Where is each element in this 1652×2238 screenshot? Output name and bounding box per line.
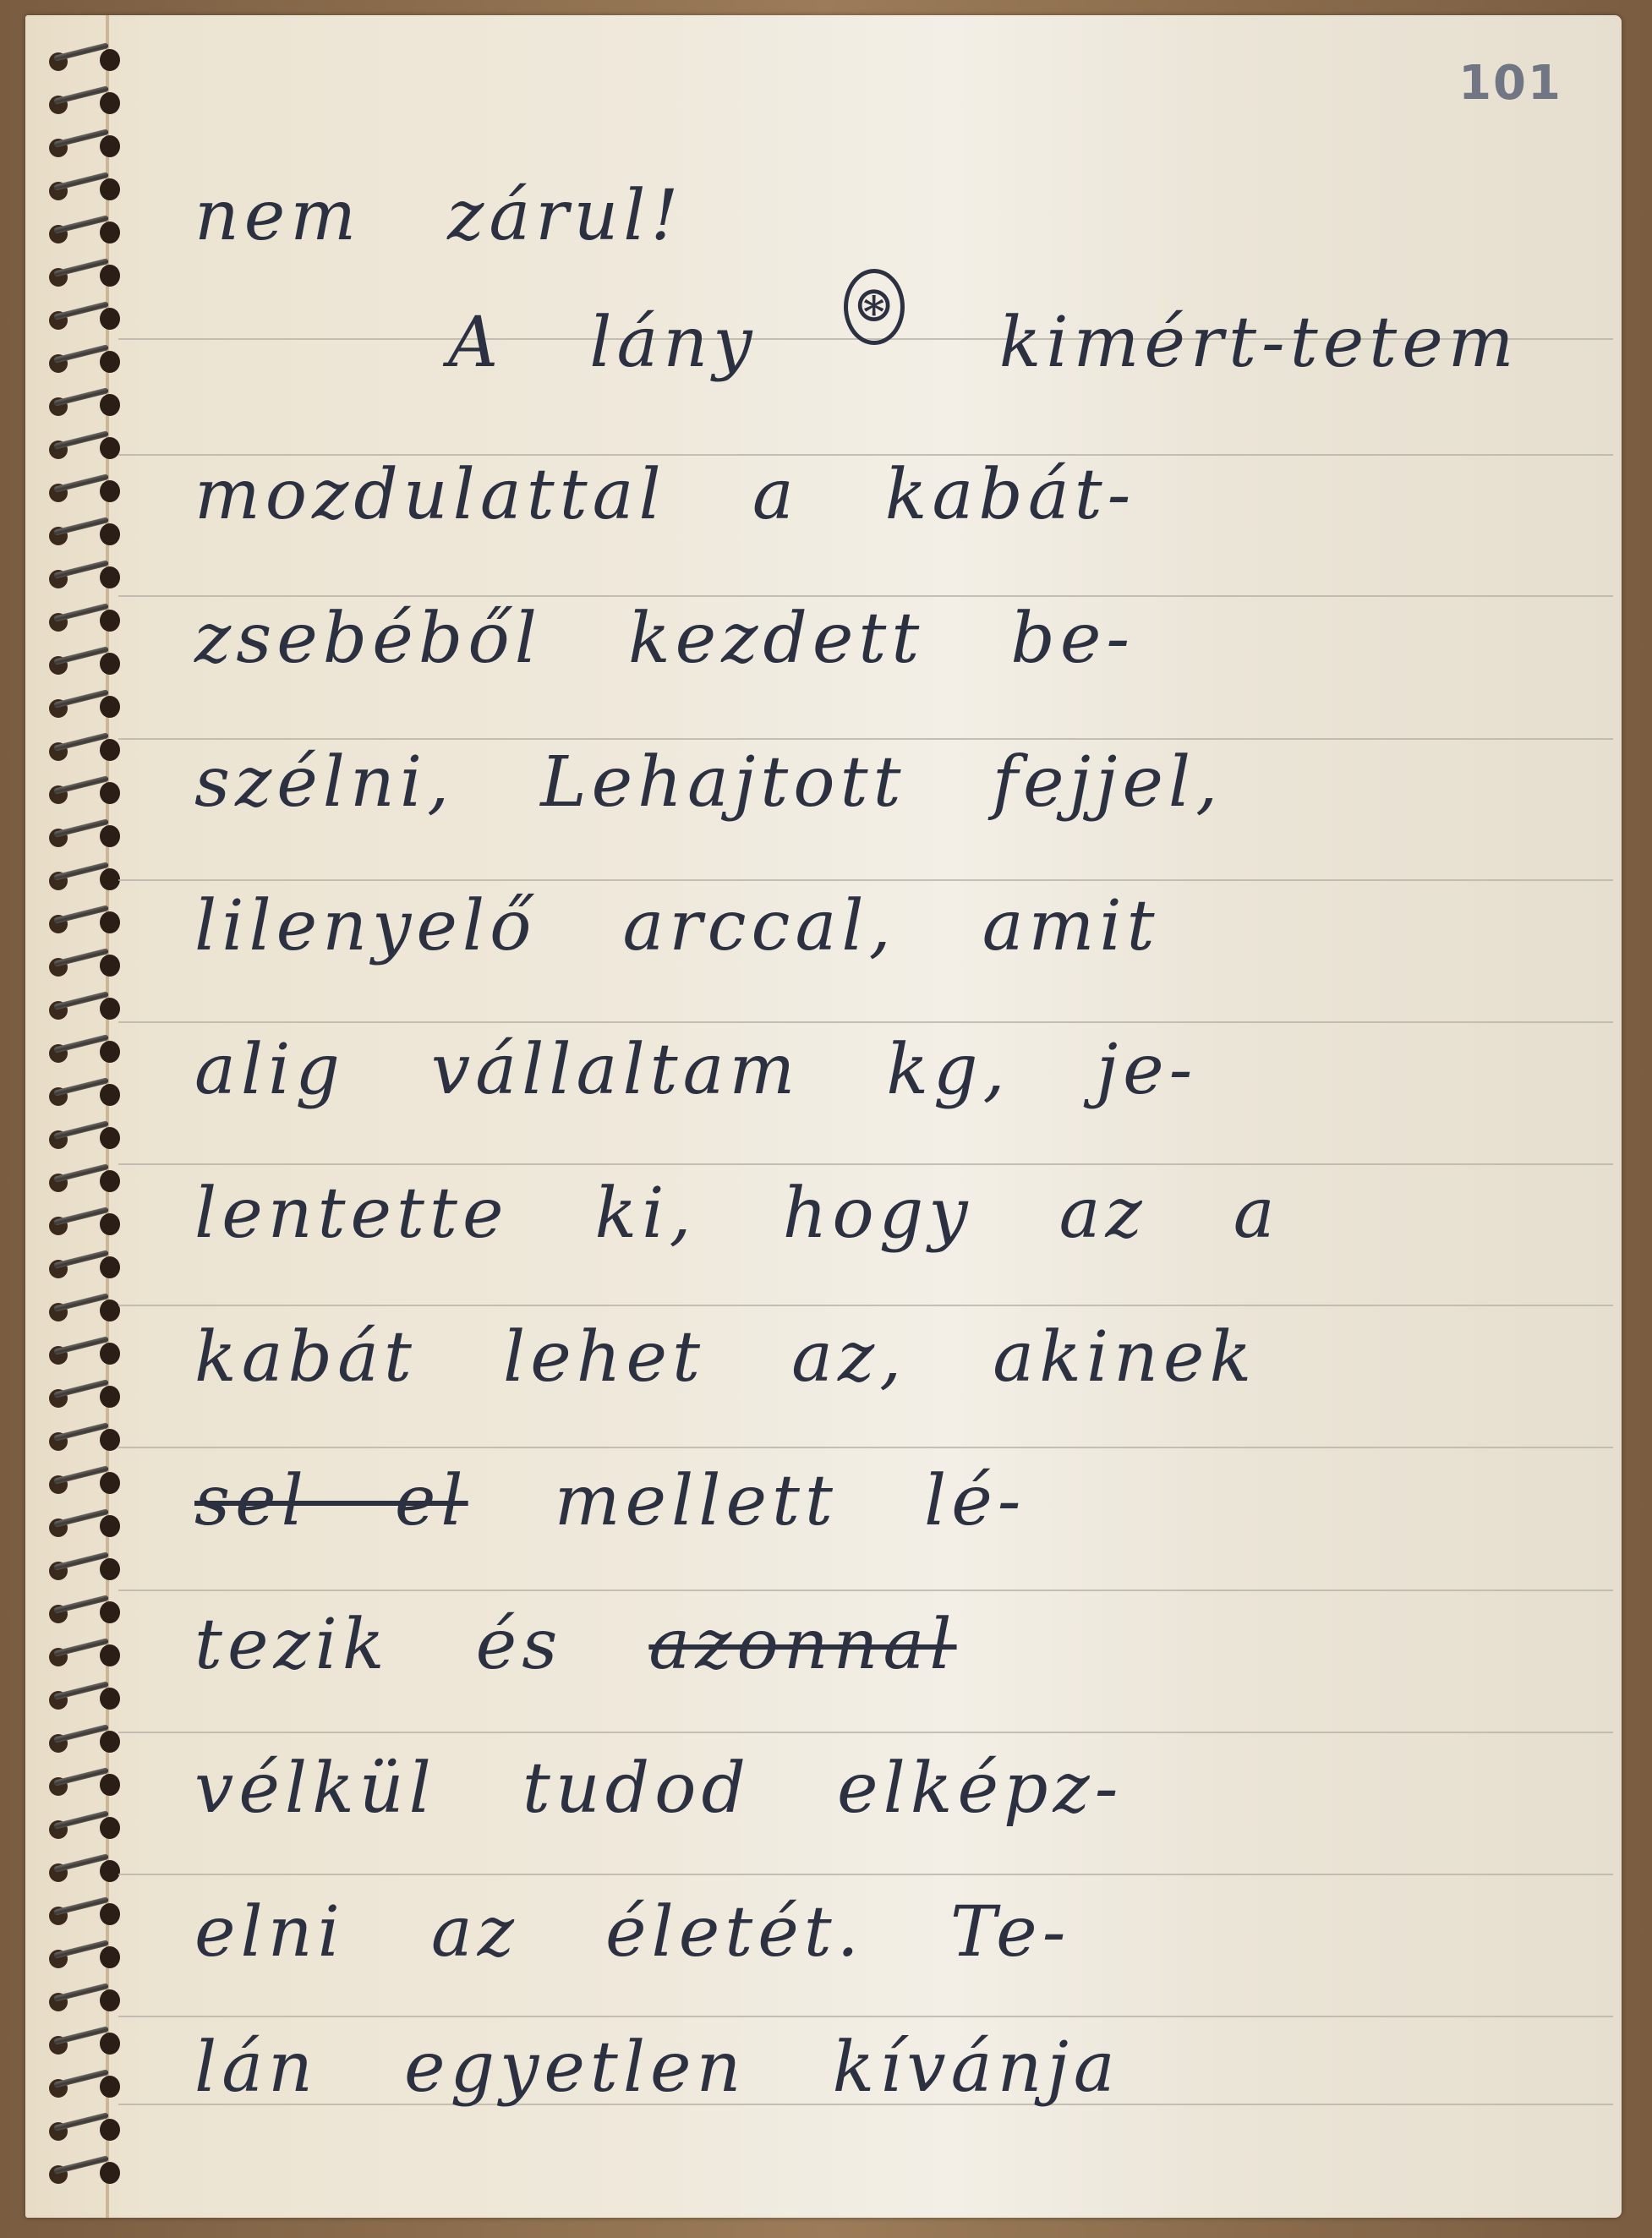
spiral-binding xyxy=(25,15,127,2218)
spiral-coil xyxy=(42,1817,118,1842)
handwritten-line: alig vállaltam kg, je- xyxy=(194,1030,1571,1110)
ruled-line xyxy=(118,1163,1613,1165)
handwritten-line: vélkül tudod elképz- xyxy=(194,1748,1571,1829)
spiral-coil xyxy=(42,868,118,894)
spiral-coil xyxy=(42,1644,118,1670)
spiral-coil xyxy=(42,1386,118,1411)
handwritten-line: mozdulattal a kabát- xyxy=(194,455,1571,535)
ruled-line xyxy=(118,2016,1613,2017)
spiral-coil xyxy=(42,394,118,419)
ruled-line xyxy=(118,1447,1613,1448)
spiral-coil xyxy=(42,1946,118,1972)
spiral-coil xyxy=(42,1256,118,1282)
handwritten-line: sel el mellett lé- xyxy=(194,1461,1571,1541)
spiral-coil xyxy=(42,1472,118,1497)
ruled-line xyxy=(118,1874,1613,1875)
spiral-coil xyxy=(42,265,118,290)
spiral-coil xyxy=(42,610,118,635)
spiral-coil xyxy=(42,308,118,333)
ruled-line xyxy=(118,1021,1613,1023)
handwritten-line: szélni, Lehajtott fejjel, xyxy=(194,742,1571,823)
spiral-coil xyxy=(42,2162,118,2187)
spiral-coil xyxy=(42,782,118,807)
handwritten-line: A lány ⊛ kimért-tetem xyxy=(448,303,1571,383)
spiral-coil xyxy=(42,1860,118,1885)
handwritten-line: zsebéből kezdett be- xyxy=(194,599,1571,679)
handwritten-line: lilenyelő arccal, amit xyxy=(194,886,1571,966)
ruled-line xyxy=(118,738,1613,740)
spiral-coil xyxy=(42,1515,118,1540)
ruled-line xyxy=(118,1305,1613,1306)
spiral-coil xyxy=(42,49,118,74)
handwritten-line: elni az életét. Te- xyxy=(194,1892,1571,1973)
spiral-coil xyxy=(42,1084,118,1109)
spiral-coil xyxy=(42,1688,118,1713)
spiral-coil xyxy=(42,1558,118,1584)
page-number: 101 xyxy=(1458,56,1562,111)
handwritten-line: nem zárul! xyxy=(194,176,1571,256)
ruled-line xyxy=(118,1732,1613,1733)
spiral-coil xyxy=(42,1601,118,1627)
spiral-coil xyxy=(42,739,118,764)
spiral-coil xyxy=(42,566,118,592)
spiral-coil xyxy=(42,480,118,506)
spiral-coil xyxy=(42,2076,118,2101)
spiral-coil xyxy=(42,1774,118,1799)
spiral-coil xyxy=(42,825,118,851)
spiral-coil xyxy=(42,1127,118,1152)
spiral-coil xyxy=(42,998,118,1023)
asterisk-annotation-icon: ⊛ xyxy=(844,269,905,345)
spiral-coil xyxy=(42,1041,118,1066)
spiral-coil xyxy=(42,222,118,247)
spiral-coil xyxy=(42,2119,118,2144)
ruled-line xyxy=(118,595,1613,597)
spiral-coil xyxy=(42,178,118,204)
spiral-coil xyxy=(42,351,118,376)
spiral-coil xyxy=(42,1300,118,1325)
spiral-coil xyxy=(42,1170,118,1196)
spiral-coil xyxy=(42,523,118,549)
spiral-coil xyxy=(42,653,118,678)
ruled-line xyxy=(118,1590,1613,1591)
spiral-coil xyxy=(42,1903,118,1929)
handwritten-line: lentette ki, hogy az a xyxy=(194,1174,1571,1254)
spiral-coil xyxy=(42,696,118,721)
spiral-coil xyxy=(42,1731,118,1756)
spiral-coil xyxy=(42,1989,118,2015)
handwritten-line: lán egyetlen kívánja xyxy=(194,2027,1571,2108)
struck-through-text: sel el xyxy=(194,1461,468,1541)
spiral-coil xyxy=(42,911,118,937)
handwritten-line: kabát lehet az, akinek xyxy=(194,1317,1571,1398)
spiral-coil xyxy=(42,955,118,980)
ruled-line xyxy=(118,879,1613,881)
spiral-coil xyxy=(42,1213,118,1239)
spiral-coil xyxy=(42,92,118,118)
spiral-coil xyxy=(42,1343,118,1368)
spiral-coil xyxy=(42,1429,118,1454)
notebook-page: 101 nem zárul! A lány ⊛ kimért-tetem moz… xyxy=(25,15,1622,2218)
struck-through-text: azonnal xyxy=(648,1605,956,1685)
spiral-coil xyxy=(42,437,118,462)
handwritten-line: tezik és azonnal xyxy=(194,1605,1571,1685)
spiral-coil xyxy=(42,135,118,161)
spiral-coil xyxy=(42,2033,118,2058)
